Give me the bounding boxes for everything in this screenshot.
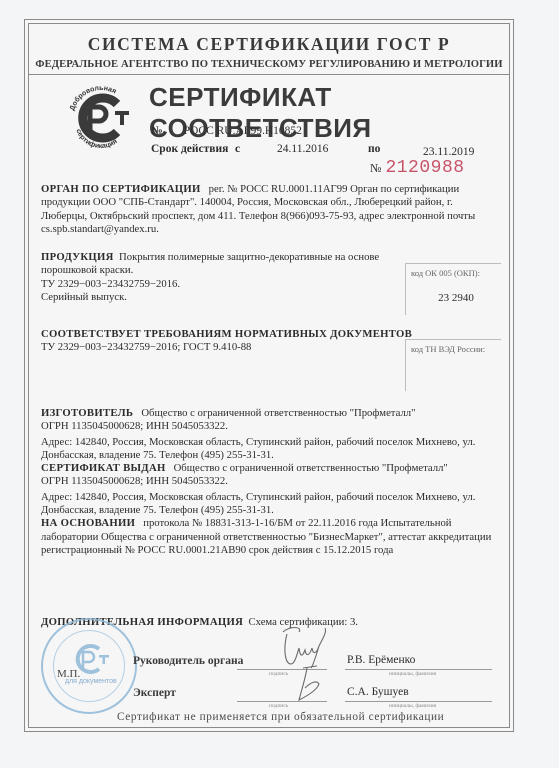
head-signature-caption: подпись: [269, 671, 288, 677]
issued-to-address-line2: Донбасская, владение 75. Телефон (495) 2…: [41, 504, 491, 517]
serial-label: №: [370, 161, 381, 175]
validity-to-label: по: [368, 143, 380, 155]
certificate-inner-frame: СИСТЕМА СЕРТИФИКАЦИИ ГОСТ Р ФЕДЕРАЛЬНОЕ …: [28, 23, 510, 728]
certification-body-email: cs.spb.standart@yandex.ru.: [41, 223, 475, 236]
expert-name-line: [345, 701, 492, 702]
expert-name: С.А. Бушуев: [347, 686, 409, 698]
certification-body-block: ОРГАН ПО СЕРТИФИКАЦИИ рег. № РОСС RU.000…: [41, 183, 475, 236]
serial-value: 2120988: [385, 158, 464, 178]
product-line4: Серийный выпуск.: [41, 291, 379, 304]
validity-from-label: с: [235, 143, 240, 155]
official-stamp: для документов: [41, 618, 137, 714]
head-name-line: [345, 669, 492, 670]
certificate-number-row: № РОСС RU.АГ99.Н10852: [151, 125, 302, 137]
manufacturer-address-line2: Донбасская, владение 75. Телефон (495) 2…: [41, 449, 491, 462]
expert-name-caption: инициалы, фамилия: [389, 703, 436, 709]
basis-line1: протокола № 18831-313-1-16/БМ от 22.11.2…: [143, 517, 451, 529]
compliance-heading: СООТВЕТСТВУЕТ ТРЕБОВАНИЯМ НОРМАТИВНЫХ ДО…: [41, 328, 412, 341]
head-signature-icon: [269, 624, 339, 669]
issued-to-ids: ОГРН 1135045000628; ИНН 5045053322.: [41, 475, 491, 488]
head-name-caption: инициалы, фамилия: [389, 671, 436, 677]
number-label: №: [151, 125, 163, 137]
header-divider: [29, 74, 509, 75]
basis-line2: лаборатории Общества с ограниченной отве…: [41, 531, 491, 544]
certificate-number: РОСС RU.АГ99.Н10852: [183, 125, 301, 137]
print-footer: [0, 742, 559, 747]
certification-body-line3: Люберцы, Октябрьский проспект, дом 411. …: [41, 210, 475, 223]
manufacturer-heading: ИЗГОТОВИТЕЛЬ: [41, 407, 133, 419]
expert-label: Эксперт: [133, 687, 176, 699]
basis-heading: НА ОСНОВАНИИ: [41, 517, 135, 529]
agency-name: ФЕДЕРАЛЬНОЕ АГЕНТСТВО ПО ТЕХНИЧЕСКОМУ РЕ…: [29, 59, 509, 70]
compliance-documents: ТУ 2329−003−23432759−2016; ГОСТ 9.410-88: [41, 341, 412, 354]
certificate-note: Сертификат не применяется при обязательн…: [117, 711, 444, 723]
head-name: Р.В. Ерёменко: [347, 654, 415, 666]
valid-from-date: 24.11.2016: [277, 143, 328, 155]
issued-to-name: Общество с ограниченной ответственностью…: [174, 462, 448, 474]
manufacturer-address-line1: Адрес: 142840, Россия, Московская област…: [41, 436, 491, 449]
valid-to-date: 23.11.2019: [423, 146, 474, 158]
okp-value: 23 2940: [411, 292, 501, 304]
product-heading: ПРОДУКЦИЯ: [41, 251, 114, 263]
product-line1: Покрытия полимерные защитно-декоративные…: [119, 251, 379, 263]
expert-signature-icon: [295, 664, 331, 704]
expert-signature-caption: подпись: [269, 703, 288, 709]
head-of-body-label: Руководитель органа: [133, 655, 243, 667]
voluntary-certification-logo-icon: Добровольная сертификация: [65, 82, 137, 154]
product-line3: ТУ 2329−003−23432759−2016.: [41, 278, 379, 291]
stamp-place-label: М.П.: [57, 668, 80, 680]
serial-number: №2120988: [370, 158, 465, 178]
system-title: СИСТЕМА СЕРТИФИКАЦИИ ГОСТ Р: [29, 34, 509, 55]
okp-code-box: код ОК 005 (ОКП): 23 2940: [405, 263, 501, 315]
validity-label: Срок действия: [151, 143, 228, 155]
issued-to-address-line1: Адрес: 142840, Россия, Московская област…: [41, 491, 491, 504]
certificate-frame: СИСТЕМА СЕРТИФИКАЦИИ ГОСТ Р ФЕДЕРАЛЬНОЕ …: [24, 19, 514, 732]
okp-label: код ОК 005 (ОКП):: [411, 268, 480, 278]
product-block: ПРОДУКЦИЯ Покрытия полимерные защитно-де…: [41, 251, 379, 304]
tnved-label: код ТН ВЭД России:: [411, 344, 485, 354]
certification-body-line2: продукции ООО "СПБ-Стандарт". 140004, Ро…: [41, 196, 475, 209]
certification-body-heading: ОРГАН ПО СЕРТИФИКАЦИИ: [41, 183, 201, 195]
manufacturer-block: ИЗГОТОВИТЕЛЬ Общество с ограниченной отв…: [41, 407, 491, 557]
manufacturer-ids: ОГРН 1135045000628; ИНН 5045053322.: [41, 420, 491, 433]
basis-line3: регистрационный № РОСС RU.0001.21АВ90 ср…: [41, 544, 491, 557]
product-line2: порошковой краски.: [41, 264, 379, 277]
compliance-block: СООТВЕТСТВУЕТ ТРЕБОВАНИЯМ НОРМАТИВНЫХ ДО…: [41, 328, 412, 355]
issued-to-heading: СЕРТИФИКАТ ВЫДАН: [41, 462, 166, 474]
tnved-code-box: код ТН ВЭД России:: [405, 339, 501, 391]
manufacturer-name: Общество с ограниченной ответственностью…: [141, 407, 415, 419]
certification-body-line1: рег. № РОСС RU.0001.11АГ99 Орган по серт…: [209, 183, 460, 195]
